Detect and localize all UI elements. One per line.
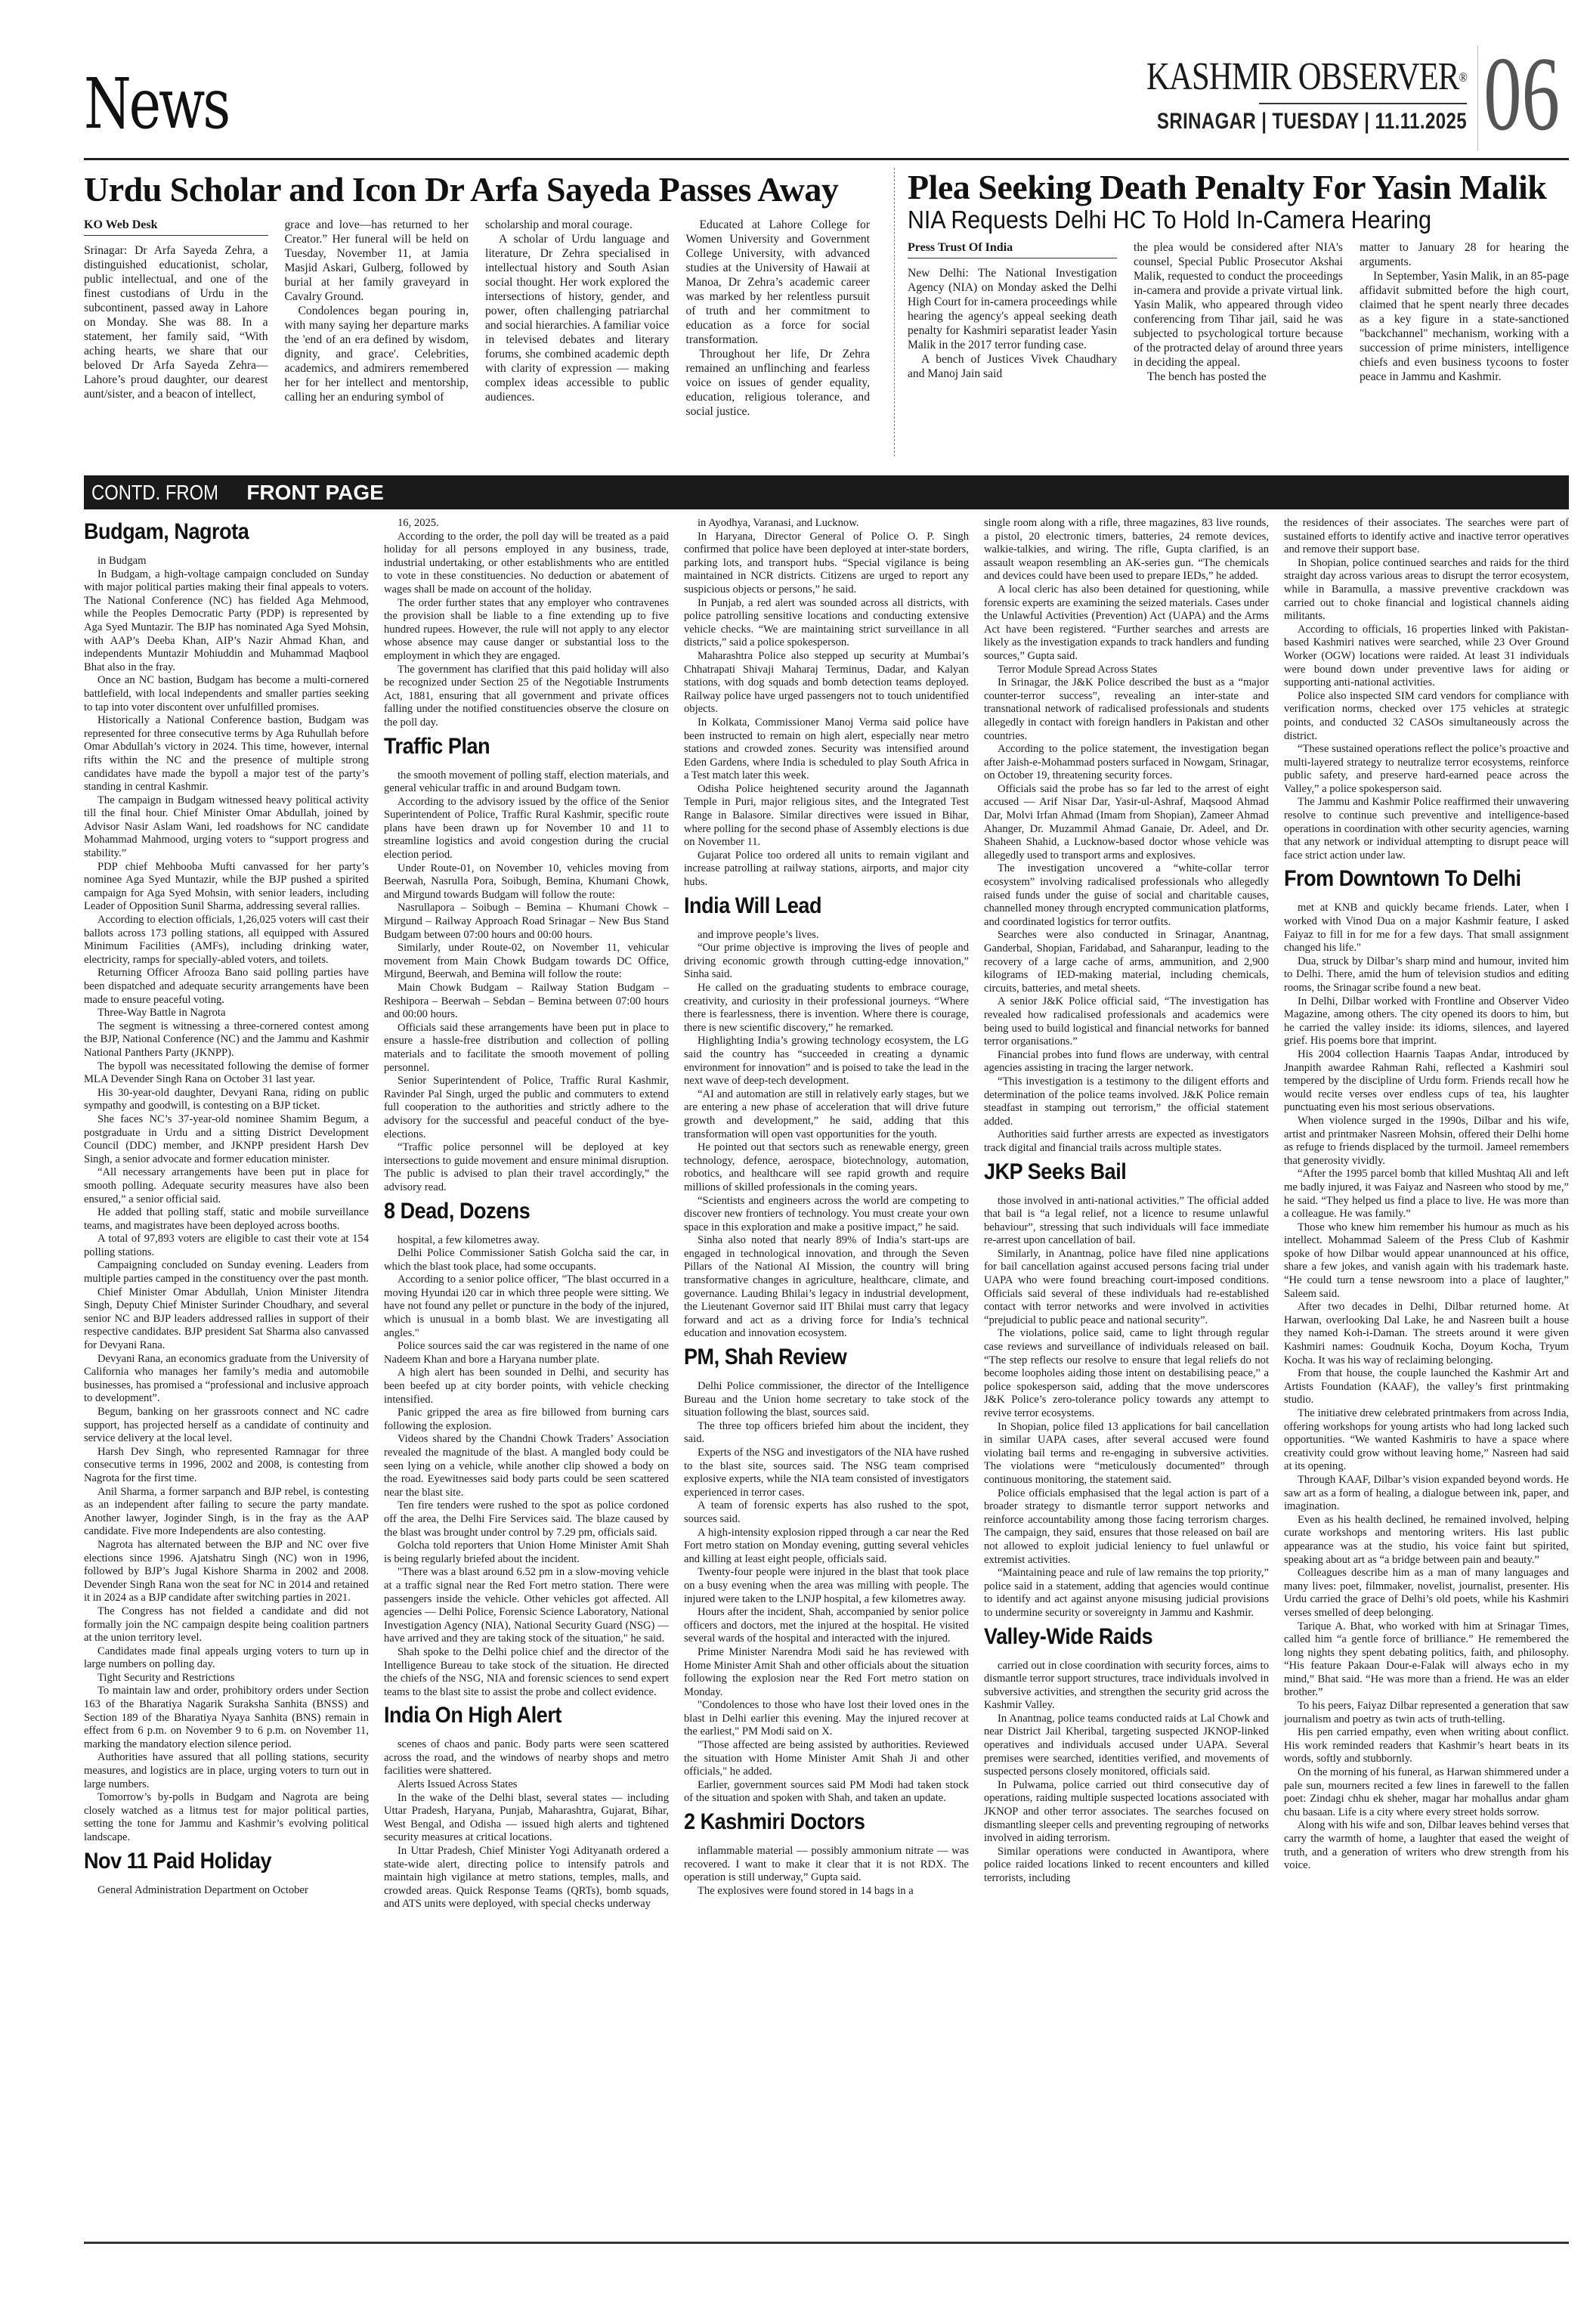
- paragraph: The order further states that any employ…: [384, 597, 669, 664]
- paragraph: scholarship and moral courage.: [485, 218, 670, 232]
- column-3: in Ayodhya, Varanasi, and Lucknow. In Ha…: [684, 517, 969, 2244]
- paragraph: single room along with a rifle, three ma…: [984, 517, 1269, 583]
- paragraph: His pen carried empathy, even when writi…: [1284, 1726, 1569, 1766]
- paragraph: Anil Sharma, a former sarpanch and BJP r…: [84, 1486, 369, 1539]
- paragraph: The explosives were found stored in 14 b…: [684, 1885, 969, 1899]
- paragraph: "Those affected are being assisted by au…: [684, 1739, 969, 1779]
- paragraph: and improve people’s lives.: [684, 929, 969, 942]
- masthead: KASHMIR OBSERVER® SRINAGAR | TUESDAY | 1…: [1076, 45, 1569, 151]
- paragraph: His 30-year-old daughter, Devyani Rana, …: [84, 1087, 369, 1113]
- paragraph: According to a senior police officer, "T…: [384, 1273, 669, 1340]
- paragraph: The segment is witnessing a three-corner…: [84, 1020, 369, 1060]
- paragraph: in Ayodhya, Varanasi, and Lucknow.: [684, 517, 969, 531]
- paragraph: Videos shared by the Chandni Chowk Trade…: [384, 1433, 669, 1499]
- paragraph: On the morning of his funeral, as Harwan…: [1284, 1766, 1569, 1819]
- paragraph: Nagrota has alternated between the BJP a…: [84, 1539, 369, 1605]
- paragraph: 16, 2025.: [384, 517, 669, 531]
- paragraph: In Uttar Pradesh, Chief Minister Yogi Ad…: [384, 1845, 669, 1911]
- paragraph: A high-intensity explosion ripped throug…: [684, 1527, 969, 1567]
- paragraph: According to election officials, 1,26,02…: [84, 914, 369, 967]
- paragraph: Similarly, in Anantnag, police have file…: [984, 1248, 1269, 1328]
- paragraph: “After the 1995 parcel bomb that killed …: [1284, 1168, 1569, 1221]
- story-column: scholarship and moral courage. A scholar…: [485, 218, 670, 419]
- story-column: Press Trust Of India New Delhi: The Nati…: [908, 240, 1117, 384]
- paragraph: Authorities said further arrests are exp…: [984, 1128, 1269, 1155]
- paragraph: The Jammu and Kashmir Police reaffirmed …: [1284, 796, 1569, 862]
- jump-head-jkp-seeks-bail: JKP Seeks Bail: [984, 1159, 1240, 1186]
- paragraph: Along with his wife and son, Dilbar leav…: [1284, 1819, 1569, 1872]
- subheading: Alerts Issued Across States: [384, 1778, 669, 1792]
- column-2: 16, 2025. According to the order, the po…: [384, 517, 669, 2244]
- paragraph: Delhi Police commissioner, the director …: [684, 1380, 969, 1420]
- paragraph: Srinagar: Dr Arfa Sayeda Zehra, a distin…: [84, 243, 268, 401]
- paragraph: The bypoll was necessitated following th…: [84, 1060, 369, 1087]
- paragraph: Similarly, under Route-02, on November 1…: [384, 942, 669, 982]
- paragraph: matter to January 28 for hearing the arg…: [1360, 240, 1569, 269]
- story-column: KO Web Desk Srinagar: Dr Arfa Sayeda Zeh…: [84, 218, 268, 419]
- paragraph: grace and love—has returned to her Creat…: [285, 218, 469, 304]
- header-rule: [84, 158, 1569, 160]
- paragraph: When violence surged in the 1990s, Dilba…: [1284, 1115, 1569, 1168]
- paragraph: “Traffic police personnel will be deploy…: [384, 1141, 669, 1194]
- paragraph: From that house, the couple launched the…: [1284, 1367, 1569, 1407]
- paragraph: Gujarat Police too ordered all units to …: [684, 849, 969, 890]
- paragraph: A senior J&K Police official said, “The …: [984, 995, 1269, 1048]
- paragraph: Through KAAF, Dilbar’s vision expanded b…: [1284, 1474, 1569, 1514]
- paragraph: in Budgam: [84, 555, 369, 568]
- paragraph: The violations, police said, came to lig…: [984, 1327, 1269, 1420]
- paragraph: Delhi Police Commissioner Satish Golcha …: [384, 1247, 669, 1273]
- jump-head-valley-wide-raids: Valley-Wide Raids: [984, 1623, 1240, 1651]
- footer-rule: [84, 2242, 1569, 2244]
- paragraph: Campaigning concluded on Sunday evening.…: [84, 1259, 369, 1286]
- paragraph: The three top officers briefed him about…: [684, 1420, 969, 1447]
- paragraph: In Punjab, a red alert was sounded acros…: [684, 597, 969, 650]
- paragraph: According to the order, the poll day wil…: [384, 531, 669, 597]
- dateline: SRINAGAR | TUESDAY | 11.11.2025: [1154, 109, 1467, 135]
- masthead-brand-block: KASHMIR OBSERVER® SRINAGAR | TUESDAY | 1…: [1076, 45, 1478, 151]
- paragraph: His 2004 collection Haarnis Taapas Andar…: [1284, 1048, 1569, 1115]
- paragraph: She faces NC’s 37-year-old nominee Shami…: [84, 1113, 369, 1166]
- paragraph: Candidates made final appeals urging vot…: [84, 1645, 369, 1672]
- paragraph: He called on the graduating students to …: [684, 982, 969, 1035]
- paragraph: Those who knew him remember his humour a…: [1284, 1221, 1569, 1301]
- story-urdu-scholar: Urdu Scholar and Icon Dr Arfa Sayeda Pas…: [84, 169, 870, 419]
- paragraph: In Anantnag, police teams conducted raid…: [984, 1713, 1269, 1779]
- paragraph: The investigation uncovered a “white-col…: [984, 862, 1269, 929]
- brand-name: KASHMIR OBSERVER: [1146, 55, 1459, 98]
- paragraph: Police officials emphasised that the leg…: [984, 1487, 1269, 1567]
- paragraph: “Scientists and engineers across the wor…: [684, 1195, 969, 1235]
- paragraph: scenes of chaos and panic. Body parts we…: [384, 1738, 669, 1778]
- paragraph: To maintain law and order, prohibitory o…: [84, 1685, 369, 1751]
- paragraph: Begum, banking on her grassroots connect…: [84, 1406, 369, 1446]
- banner-emphasis: FRONT PAGE: [246, 481, 383, 504]
- paragraph: A total of 97,893 voters are eligible to…: [84, 1233, 369, 1259]
- story-columns: Press Trust Of India New Delhi: The Nati…: [908, 240, 1569, 384]
- paragraph: In Kolkata, Commissioner Manoj Verma sai…: [684, 716, 969, 783]
- paragraph: The Congress has not fielded a candidate…: [84, 1605, 369, 1645]
- paragraph: Shah spoke to the Delhi police chief and…: [384, 1646, 669, 1699]
- jump-head-kashmiri-doctors: 2 Kashmiri Doctors: [684, 1809, 940, 1836]
- paragraph: Nasrullapora – Soibugh – Bemina – Khuman…: [384, 902, 669, 942]
- jump-head-traffic-plan: Traffic Plan: [384, 733, 640, 760]
- paragraph: To his peers, Faiyaz Dilbar represented …: [1284, 1700, 1569, 1726]
- paragraph: "Condolences to those who have lost thei…: [684, 1699, 969, 1739]
- paragraph: inflammable material — possibly ammonium…: [684, 1845, 969, 1885]
- paragraph: In Delhi, Dilbar worked with Frontline a…: [1284, 995, 1569, 1048]
- paragraph: Searches were also conducted in Srinagar…: [984, 929, 1269, 995]
- paragraph: According to officials, 16 properties li…: [1284, 624, 1569, 690]
- jump-head-paid-holiday: Nov 11 Paid Holiday: [84, 1848, 340, 1875]
- paragraph: Returning Officer Afrooza Bano said poll…: [84, 967, 369, 1007]
- paragraph: the residences of their associates. The …: [1284, 517, 1569, 557]
- paragraph: In Haryana, Director General of Police O…: [684, 531, 969, 597]
- paragraph: Officials said the probe has so far led …: [984, 783, 1269, 863]
- paragraph: Under Route-01, on November 10, vehicles…: [384, 862, 669, 902]
- paragraph: Senior Superintendent of Police, Traffic…: [384, 1075, 669, 1141]
- paragraph: Tarique A. Bhat, who worked with him at …: [1284, 1620, 1569, 1700]
- paragraph: According to the police statement, the i…: [984, 743, 1269, 783]
- story-column: the plea would be considered after NIA's…: [1134, 240, 1343, 384]
- paragraph: Chief Minister Omar Abdullah, Union Mini…: [84, 1286, 369, 1353]
- story-column: grace and love—has returned to her Creat…: [285, 218, 469, 419]
- paragraph: Even as his health declined, he remained…: [1284, 1514, 1569, 1567]
- story-yasin-malik: Plea Seeking Death Penalty For Yasin Mal…: [908, 169, 1569, 384]
- paragraph: Twenty-four people were injured in the b…: [684, 1566, 969, 1606]
- paragraph: met at KNB and quickly became friends. L…: [1284, 902, 1569, 955]
- paragraph: The bench has posted the: [1134, 370, 1343, 384]
- paragraph: carried out in close coordination with s…: [984, 1660, 1269, 1713]
- paragraph: A bench of Justices Vivek Chaudhary and …: [908, 352, 1117, 381]
- byline: Press Trust Of India: [908, 240, 1117, 258]
- paragraph: “This investigation is a testimony to th…: [984, 1075, 1269, 1128]
- paragraph: According to the advisory issued by the …: [384, 796, 669, 862]
- paragraph: A high alert has been sounded in Delhi, …: [384, 1366, 669, 1406]
- column-5: the residences of their associates. The …: [1284, 517, 1569, 2244]
- paragraph: Hours after the incident, Shah, accompan…: [684, 1606, 969, 1646]
- paragraph: New Delhi: The National Investigation Ag…: [908, 266, 1117, 352]
- paragraph: “Maintaining peace and rule of law remai…: [984, 1567, 1269, 1620]
- headline: Plea Seeking Death Penalty For Yasin Mal…: [908, 169, 1569, 206]
- paragraph: Ten fire tenders were rushed to the spot…: [384, 1499, 669, 1540]
- subheadline: NIA Requests Delhi HC To Hold In-Camera …: [908, 206, 1516, 234]
- paragraph: Main Chowk Budgam – Railway Station Budg…: [384, 982, 669, 1022]
- paragraph: Throughout her life, Dr Zehra remained a…: [686, 347, 871, 419]
- paragraph: A local cleric has also been detained fo…: [984, 583, 1269, 664]
- paragraph: Sinha also noted that nearly 89% of Indi…: [684, 1234, 969, 1341]
- paragraph: Maharashtra Police also stepped up secur…: [684, 650, 969, 716]
- paragraph: Harsh Dev Singh, who represented Ramnaga…: [84, 1446, 369, 1486]
- paragraph: Authorities have assured that all pollin…: [84, 1751, 369, 1791]
- story-column: Educated at Lahore College for Women Uni…: [686, 218, 871, 419]
- newspaper-page: News KASHMIR OBSERVER® SRINAGAR | TUESDA…: [84, 0, 1569, 2324]
- brand-rule: [1259, 103, 1467, 104]
- paragraph: The government has clarified that this p…: [384, 664, 669, 730]
- column-1: Budgam, Nagrota in Budgam In Budgam, a h…: [84, 517, 369, 2244]
- paragraph: The campaign in Budgam witnessed heavy p…: [84, 794, 369, 861]
- paragraph: Once an NC bastion, Budgam has become a …: [84, 674, 369, 714]
- jump-head-pm-shah-review: PM, Shah Review: [684, 1344, 940, 1371]
- subheading: Terror Module Spread Across States: [984, 664, 1269, 677]
- paragraph: A scholar of Urdu language and literatur…: [485, 232, 670, 404]
- paragraph: Dua, struck by Dilbar’s sharp mind and h…: [1284, 955, 1569, 995]
- paragraph: He added that polling staff, static and …: [84, 1206, 369, 1233]
- paragraph: PDP chief Mehbooba Mufti canvassed for h…: [84, 861, 369, 914]
- jump-head-india-will-lead: India Will Lead: [684, 893, 940, 920]
- paragraph: Tomorrow’s by-polls in Budgam and Nagrot…: [84, 1791, 369, 1844]
- paragraph: In September, Yasin Malik, in an 85-page…: [1360, 269, 1569, 384]
- banner-prefix: CONTD. FROM: [91, 475, 218, 509]
- paragraph: Experts of the NSG and investigators of …: [684, 1447, 969, 1499]
- paragraph: Devyani Rana, an economics graduate from…: [84, 1353, 369, 1406]
- paragraph: Colleagues describe him as a man of many…: [1284, 1567, 1569, 1620]
- paragraph: He pointed out that sectors such as rene…: [684, 1141, 969, 1194]
- paragraph: Prime Minister Narendra Modi said he has…: [684, 1646, 969, 1699]
- paragraph: “AI and automation are still in relative…: [684, 1088, 969, 1141]
- paragraph: General Administration Department on Oct…: [84, 1884, 369, 1898]
- paragraph: In Pulwama, police carried out third con…: [984, 1779, 1269, 1846]
- paragraph: “These sustained operations reflect the …: [1284, 743, 1569, 796]
- byline: KO Web Desk: [84, 218, 268, 236]
- headline: Urdu Scholar and Icon Dr Arfa Sayeda Pas…: [84, 169, 870, 210]
- paragraph: Similar operations were conducted in Awa…: [984, 1846, 1269, 1886]
- paragraph: Earlier, government sources said PM Modi…: [684, 1779, 969, 1806]
- continued-from-front-page-banner: CONTD. FROM FRONT PAGE: [84, 475, 1569, 509]
- continued-columns: Budgam, Nagrota in Budgam In Budgam, a h…: [84, 517, 1569, 2244]
- jump-head-8-dead: 8 Dead, Dozens: [384, 1198, 640, 1225]
- paragraph: Educated at Lahore College for Women Uni…: [686, 218, 871, 347]
- story-divider: [894, 168, 895, 456]
- paragraph: Historically a National Conference basti…: [84, 714, 369, 794]
- paragraph: Golcha told reporters that Union Home Mi…: [384, 1540, 669, 1566]
- paragraph: Highlighting India’s growing technology …: [684, 1035, 969, 1088]
- section-title: News: [84, 67, 228, 142]
- jump-head-downtown-to-delhi: From Downtown To Delhi: [1284, 865, 1540, 893]
- jump-head-budgam-nagrota: Budgam, Nagrota: [84, 518, 340, 546]
- story-columns: KO Web Desk Srinagar: Dr Arfa Sayeda Zeh…: [84, 218, 870, 419]
- paragraph: Condolences began pouring in, with many …: [285, 304, 469, 404]
- jump-head-india-high-alert: India On High Alert: [384, 1702, 640, 1729]
- subheading: Tight Security and Restrictions: [84, 1672, 369, 1685]
- paragraph: In the wake of the Delhi blast, several …: [384, 1792, 669, 1845]
- paragraph: A team of forensic experts has also rush…: [684, 1499, 969, 1526]
- paragraph: Financial probes into fund flows are und…: [984, 1049, 1269, 1075]
- paragraph: In Shopian, police filed 13 applications…: [984, 1421, 1269, 1487]
- paragraph: In Budgam, a high-voltage campaign concl…: [84, 568, 369, 675]
- paragraph: The initiative drew celebrated printmake…: [1284, 1407, 1569, 1474]
- paragraph: Panic gripped the area as fire billowed …: [384, 1406, 669, 1433]
- paragraph: the plea would be considered after NIA's…: [1134, 240, 1343, 370]
- subheading: Three-Way Battle in Nagrota: [84, 1007, 369, 1020]
- page-number: 06: [1478, 45, 1543, 144]
- paragraph: Police sources said the car was register…: [384, 1340, 669, 1366]
- paragraph: Police also inspected SIM card vendors f…: [1284, 690, 1569, 743]
- paragraph: those involved in anti-national activiti…: [984, 1195, 1269, 1248]
- column-4: single room along with a rifle, three ma…: [984, 517, 1269, 2244]
- paragraph: “Our prime objective is improving the li…: [684, 942, 969, 982]
- paragraph: Officials said these arrangements have b…: [384, 1022, 669, 1075]
- registered-mark: ®: [1459, 70, 1467, 85]
- brand-logo: KASHMIR OBSERVER®: [1146, 56, 1467, 98]
- paragraph: In Srinagar, the J&K Police described th…: [984, 676, 1269, 743]
- story-column: matter to January 28 for hearing the arg…: [1360, 240, 1569, 384]
- paragraph: "There was a blast around 6.52 pm in a s…: [384, 1566, 669, 1646]
- paragraph: In Shopian, police continued searches an…: [1284, 557, 1569, 624]
- paragraph: Odisha Police heightened security around…: [684, 783, 969, 849]
- paragraph: “All necessary arrangements have been pu…: [84, 1166, 369, 1206]
- paragraph: After two decades in Delhi, Dilbar retur…: [1284, 1301, 1569, 1367]
- paragraph: the smooth movement of polling staff, el…: [384, 769, 669, 796]
- paragraph: hospital, a few kilometres away.: [384, 1234, 669, 1248]
